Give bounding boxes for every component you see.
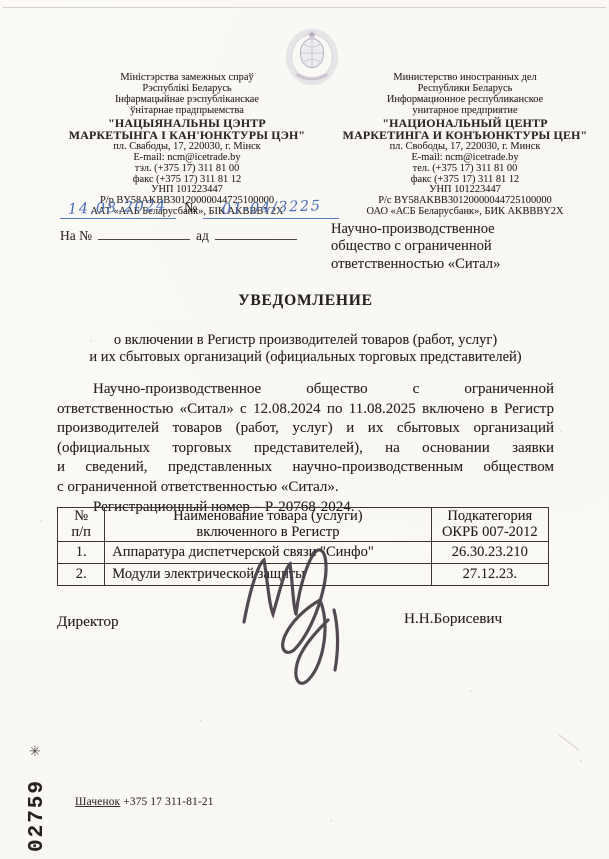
reply-number-blank — [98, 227, 190, 240]
subtitle-line: о включении в Регистр производителей тов… — [57, 332, 554, 349]
header-number: № п/п — [58, 508, 105, 542]
row-number-cell: 1. — [58, 541, 105, 563]
scan-edge-line — [3, 7, 606, 8]
letterhead-russian: Министерство иностранных дел Республики … — [333, 73, 597, 218]
reply-date-blank — [215, 227, 297, 240]
document-subtitle: о включении в Регистр производителей тов… — [57, 332, 554, 367]
header-product-name: Наименование товара (услуги) включенного… — [105, 508, 431, 542]
number-sign: № — [184, 201, 197, 217]
lh-left-org-name: МАРКЕТЫНГА І КАН'ЮНКТУРЫ ЦЭН" — [45, 129, 329, 142]
body-line: и сведений, представленных научно-произв… — [57, 458, 554, 478]
executor-name: Шаченок — [75, 796, 120, 808]
lh-left-line: тэл. (+375 17) 311 81 00 — [45, 164, 329, 175]
lh-right-line: тел. (+375 17) 311 81 00 — [333, 164, 597, 175]
incoming-stamp-number: 02759 — [26, 779, 49, 852]
outgoing-reference-row: 14.08.2024№01-04/3225 — [60, 200, 339, 219]
recipient-line: общество с ограниченной — [331, 238, 500, 255]
lh-right-line: унитарное предприятие — [333, 106, 597, 117]
scan-scratch — [558, 734, 579, 751]
header-subcategory: Подкатегория ОКРБ 007-2012 — [431, 508, 548, 542]
reply-reference-row: На №ад — [60, 227, 297, 244]
letterhead-belarusian: Міністэрства замежных спраў Рэспублікі Б… — [45, 73, 329, 218]
executor-phone: +375 17 311-81-21 — [123, 796, 213, 808]
signature-scribble — [236, 540, 358, 690]
scan-noise — [0, 0, 2, 2]
signer-position-label: Директор — [57, 613, 119, 631]
body-paragraph: Научно-производственное общество с огран… — [57, 380, 554, 517]
handwritten-date: 14.08.2024 — [60, 200, 176, 219]
recipient-line: ответственностью «Ситал» — [331, 256, 500, 273]
reply-of-label: ад — [196, 228, 209, 243]
row-code-cell: 26.30.23.210 — [431, 541, 548, 563]
row-number-cell: 2. — [58, 563, 105, 585]
lh-left-line: ўнітарнае прадпрыемства — [45, 106, 329, 117]
recipient-line: Научно-производственное — [331, 221, 500, 238]
signer-name: Н.Н.Борисевич — [404, 610, 502, 628]
table-header-row: № п/п Наименование товара (услуги) включ… — [58, 508, 549, 542]
reply-prefix: На № — [60, 228, 92, 243]
body-line: производителей товаров (работ, услуг) и … — [57, 419, 554, 439]
subtitle-line: и их сбытовых организаций (официальных т… — [57, 349, 554, 366]
lh-left-line: E-mail: ncm@icetrade.by — [45, 153, 329, 164]
registration-mark-icon: ✳ — [29, 744, 41, 761]
executor-contact-line: Шаченок +375 17 311-81-21 — [75, 796, 214, 808]
lh-right-line: ОАО «АСБ Беларусбанк», БИК AKBBBY2X — [333, 207, 597, 218]
row-code-cell: 27.12.23. — [431, 563, 548, 585]
body-line: ответственностью «Ситал» с 12.08.2024 по… — [57, 400, 554, 420]
body-line: (официальных торговых представителей), н… — [57, 439, 554, 459]
scanned-letter-page: Міністэрства замежных спраў Рэспублікі Б… — [0, 0, 609, 859]
lh-right-org-name: МАРКЕТИНГА И КОНЪЮНКТУРЫ ЦЕН" — [333, 129, 597, 142]
lh-right-line: E-mail: ncm@icetrade.by — [333, 153, 597, 164]
body-line: Научно-производственное общество с огран… — [57, 380, 554, 400]
document-title: УВЕДОМЛЕНИЕ — [57, 292, 554, 310]
handwritten-number: 01-04/3225 — [203, 200, 339, 219]
body-line: с ограниченной ответственностью «Ситал». — [57, 478, 554, 498]
recipient-block: Научно-производственное общество с огран… — [331, 221, 500, 273]
